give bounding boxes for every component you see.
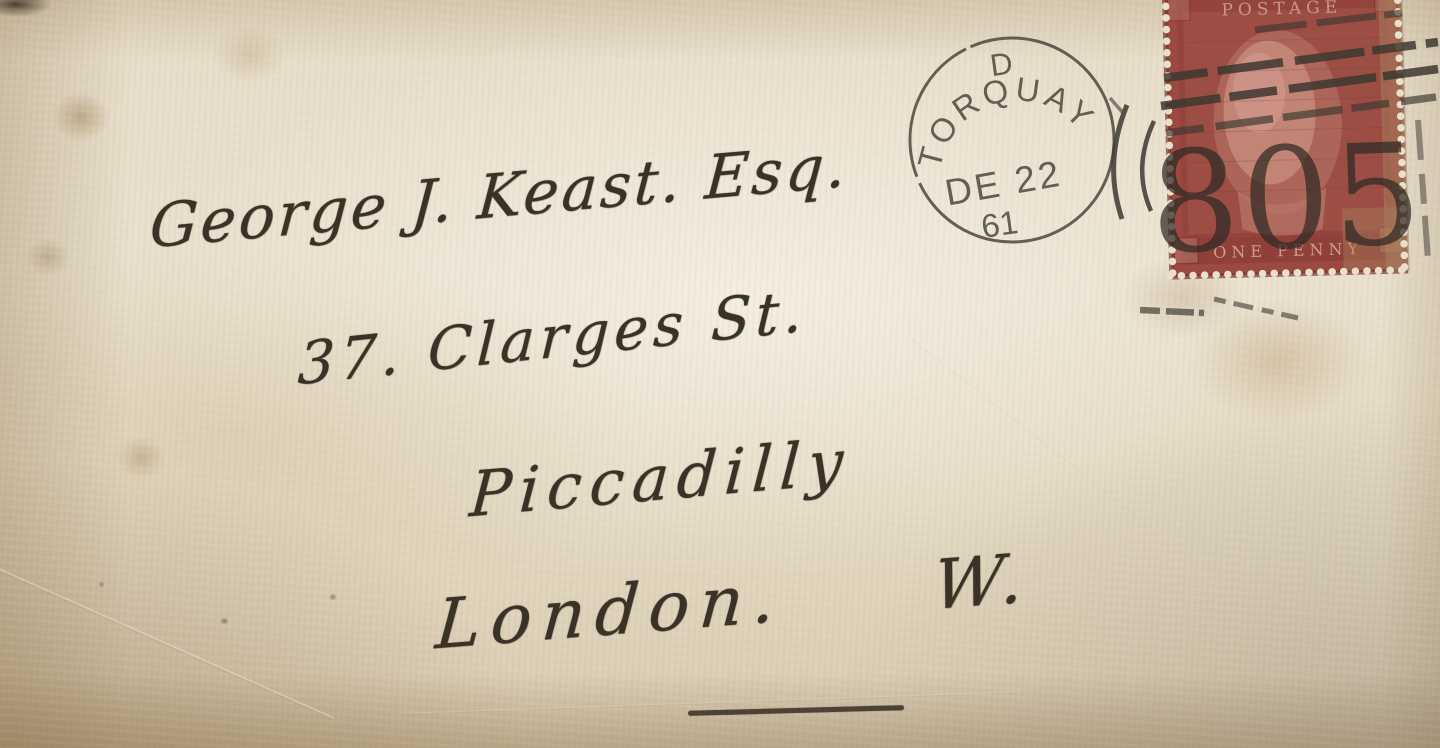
cancel-number: 805 <box>1147 114 1426 286</box>
cancel-bar <box>1255 13 1402 30</box>
cancel-stray-mark <box>1214 299 1298 318</box>
cancel-stray-mark <box>1140 310 1204 313</box>
postmark-year: 61 <box>979 203 1021 245</box>
torquay-postmark: D TORQUAY DE 22 61 <box>895 18 1135 263</box>
envelope-photo: POSTAGE ONE PENNY <box>0 0 1440 748</box>
